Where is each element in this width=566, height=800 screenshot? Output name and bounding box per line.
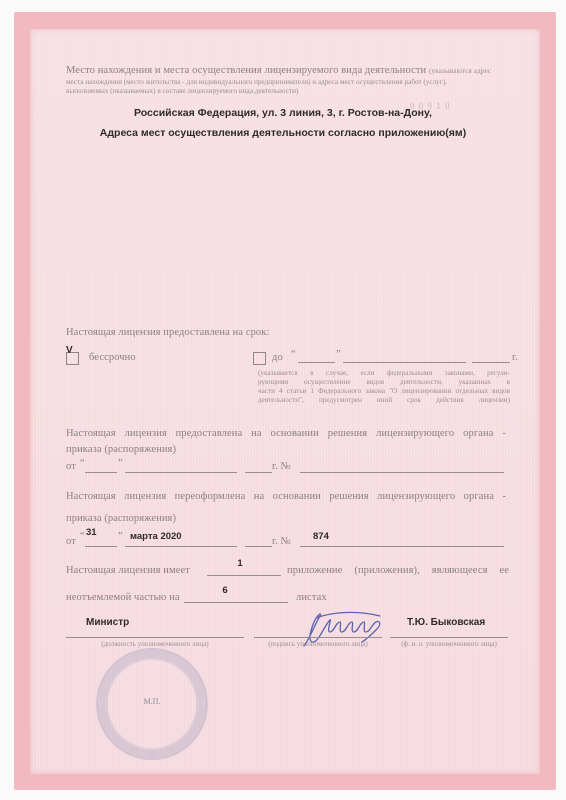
until-month-field[interactable] xyxy=(343,362,466,363)
term-label: Настоящая лицензия предоставлена на срок… xyxy=(66,327,270,338)
address-line-2: Адреса мест осуществления деятельности с… xyxy=(0,127,566,139)
granted-line-1: Настоящая лицензия предоставлена на осно… xyxy=(66,428,506,439)
signature-field xyxy=(254,637,382,638)
appendix-count-field[interactable] xyxy=(207,575,281,576)
position-field xyxy=(66,637,244,638)
appendix-line-2-suffix: листах xyxy=(296,592,327,603)
sheet-count-field[interactable] xyxy=(184,602,288,603)
reissued-open-quote: “ xyxy=(80,531,85,542)
signatory-name-caption: (ф. и. о. уполномоченного лица) xyxy=(390,640,508,648)
term-note-line-1: (указывается в случае, если федеральными… xyxy=(258,369,510,378)
granted-year-field[interactable] xyxy=(245,472,272,473)
appendix-line-1-prefix: Настоящая лицензия имеет xyxy=(66,565,190,576)
granted-close-quote: ” xyxy=(118,458,123,469)
appendix-line-2-prefix: неотъемлемой частью на xyxy=(66,592,180,603)
term-note-line-3: части 4 статьи 1 Федерального закона "О … xyxy=(258,387,510,396)
granted-number-label: г. № xyxy=(272,461,291,472)
option-indefinite-label: бессрочно xyxy=(89,352,136,363)
signature-caption: (подпись уполномоченного лица) xyxy=(254,640,382,648)
reissued-month-year-value: марта 2020 xyxy=(130,531,182,542)
granted-month-field[interactable] xyxy=(125,472,237,473)
reissued-line-1: Настоящая лицензия переоформлена на осно… xyxy=(66,491,506,502)
reissued-year-field[interactable] xyxy=(245,546,272,547)
reissued-number-field[interactable] xyxy=(300,546,504,547)
location-note-line-3: выполняемых (оказываемых) в составе лице… xyxy=(66,87,508,96)
granted-from-label: от xyxy=(66,461,76,472)
until-year-field[interactable] xyxy=(472,362,510,363)
term-note-line-2: рующими осуществление видов деятельности… xyxy=(258,378,510,387)
granted-line-2: приказа (распоряжения) xyxy=(66,444,176,455)
location-heading-text: Место нахождения и места осуществления л… xyxy=(66,65,426,76)
reissued-line-2: приказа (распоряжения) xyxy=(66,513,176,524)
until-day-field[interactable] xyxy=(298,362,335,363)
granted-day-field[interactable] xyxy=(85,472,117,473)
location-heading: Место нахождения и места осуществления л… xyxy=(66,65,506,76)
location-note-line-2: места нахождения (место жительства - для… xyxy=(66,78,508,87)
appendix-line-1-suffix: приложение (приложения), являющееся ее xyxy=(287,565,509,576)
reissued-month-field[interactable] xyxy=(125,546,237,547)
granted-open-quote: “ xyxy=(80,458,85,469)
reissued-day-field[interactable] xyxy=(85,546,117,547)
official-seal-stamp: М.П. xyxy=(96,648,208,760)
reissued-number-label: г. № xyxy=(272,536,291,547)
reissued-day-value: 31 xyxy=(86,527,97,538)
reissued-number-value: 874 xyxy=(313,531,329,542)
position-value: Министр xyxy=(86,617,129,628)
position-caption: (должность уполномоченного лица) xyxy=(66,640,244,648)
address-line-1: Российская Федерация, ул. 3 линия, 3, г.… xyxy=(0,107,566,119)
signatory-name-value: Т.Ю. Быковская xyxy=(407,617,485,628)
open-quote: “ xyxy=(291,349,296,360)
granted-number-field[interactable] xyxy=(300,472,504,473)
sheet-count-value: 6 xyxy=(185,585,265,596)
seal-label: М.П. xyxy=(98,697,206,706)
reissued-close-quote: ” xyxy=(118,531,123,542)
signatory-name-field xyxy=(390,637,508,638)
year-suffix: г. xyxy=(512,352,518,363)
option-until-label: до xyxy=(272,352,283,363)
checkmark-icon: V xyxy=(66,345,73,356)
appendix-count-value: 1 xyxy=(205,558,275,569)
checkbox-until-date[interactable] xyxy=(253,352,266,365)
term-note-line-4: деятельности", предусмотрен иной срок де… xyxy=(258,396,510,405)
reissued-from-label: от xyxy=(66,536,76,547)
license-document: Место нахождения и места осуществления л… xyxy=(0,0,566,800)
location-heading-note: (указываются адрес xyxy=(429,67,491,75)
close-quote: ” xyxy=(336,349,341,360)
